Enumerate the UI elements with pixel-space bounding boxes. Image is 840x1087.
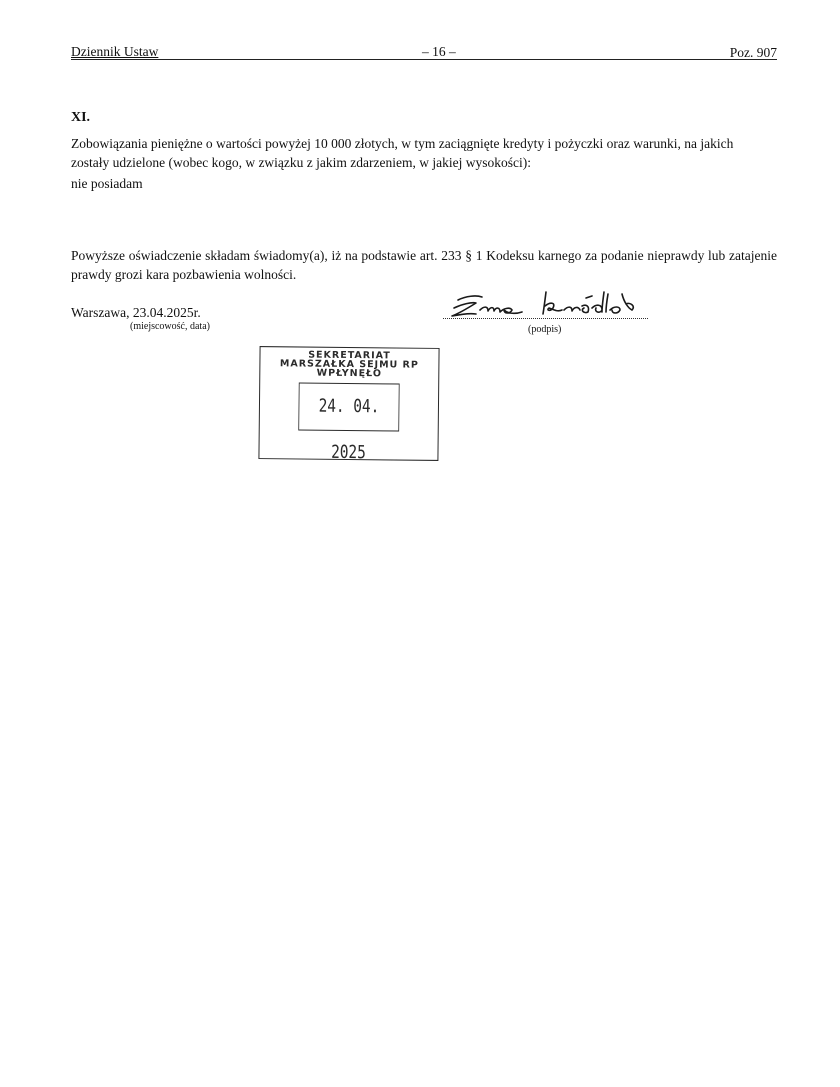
declaration-text: Powyższe oświadczenie składam świadomy(a… [71, 246, 777, 284]
stamp-date: 24. 04. 2025 [298, 382, 399, 431]
section-number: XI. [71, 110, 90, 126]
header-divider [71, 59, 777, 60]
question-line-2: zostały udzielone (wobec kogo, w związku… [71, 153, 777, 172]
signature-caption: (podpis) [528, 324, 561, 335]
section-question: Zobowiązania pieniężne o wartości powyże… [71, 134, 777, 172]
page-number: – 16 – [422, 44, 456, 60]
place-date-caption: (miejscowość, data) [130, 321, 210, 332]
stamp-line-3: WPŁYNĘŁO [260, 368, 438, 380]
section-answer: nie posiadam [71, 176, 143, 192]
place-date: Warszawa, 23.04.2025r. [71, 305, 201, 321]
signature-line [443, 318, 648, 319]
question-line-1: Zobowiązania pieniężne o wartości powyże… [71, 134, 777, 153]
publication-name: Dziennik Ustaw [71, 44, 158, 60]
received-stamp: SEKRETARIAT MARSZAŁKA SEJMU RP WPŁYNĘŁO … [258, 346, 439, 461]
